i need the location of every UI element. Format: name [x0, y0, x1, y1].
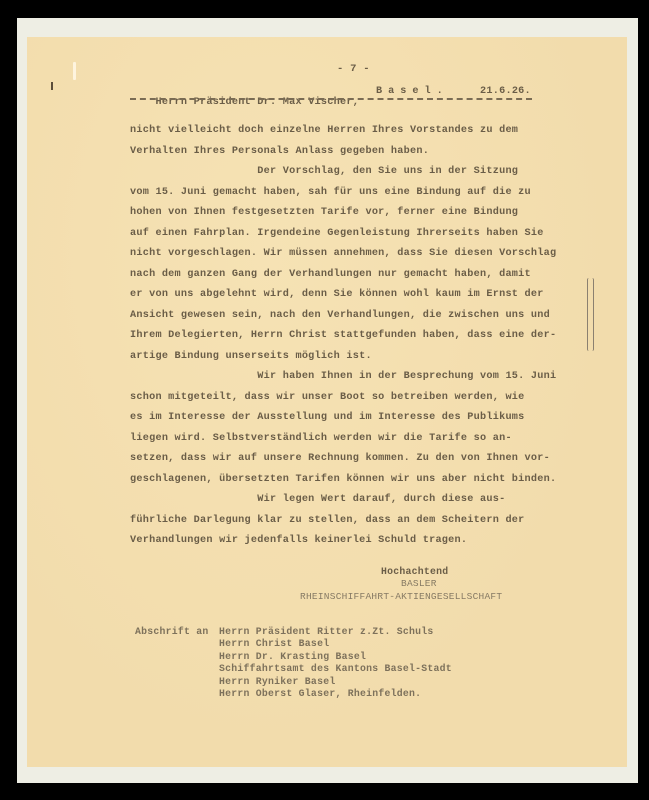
- body-line: Wir legen Wert darauf, durch diese aus-: [130, 494, 505, 505]
- body-line: hohen von Ihnen festgesetzten Tarife vor…: [130, 207, 518, 218]
- body-line: vom 15. Juni gemacht haben, sah für uns …: [130, 187, 531, 198]
- body-line: artige Bindung unserseits möglich ist.: [130, 351, 372, 362]
- pencil-mark: [73, 62, 76, 80]
- body-line: Wir haben Ihnen in der Besprechung vom 1…: [130, 371, 556, 382]
- body-line: führliche Darlegung klar zu stellen, das…: [130, 515, 525, 526]
- body-line: nach dem ganzen Gang der Verhandlungen n…: [130, 269, 531, 280]
- body-line: Ansicht gewesen sein, nach den Verhandlu…: [130, 310, 550, 321]
- ink-mark: [51, 82, 53, 90]
- date: 21.6.26.: [480, 86, 531, 97]
- body-line: Der Vorschlag, den Sie uns in der Sitzun…: [130, 166, 518, 177]
- body-line: nicht vielleicht doch einzelne Herren Ih…: [130, 125, 518, 136]
- copy-recipient: Herrn Oberst Glaser, Rheinfelden.: [219, 688, 421, 699]
- body-line: es im Interesse der Ausstellung und im I…: [130, 412, 525, 423]
- copy-recipient: Herrn Dr. Krasting Basel: [219, 651, 366, 662]
- body-line: auf einen Fahrplan. Irgendeine Gegenleis…: [130, 228, 544, 239]
- letter-header: Herrn Präsident Dr. Max Vischer, Basel. …: [130, 86, 550, 98]
- margin-pencil-bracket: [587, 278, 594, 351]
- city: Basel.: [376, 86, 449, 97]
- body-line: geschlagenen, übersetzten Tarifen können…: [130, 474, 556, 485]
- closing-salutation: Hochachtend: [381, 566, 448, 577]
- copy-recipient: Herrn Präsident Ritter z.Zt. Schuls: [219, 626, 434, 637]
- body-line: liegen wird. Selbstverständlich werden w…: [130, 433, 512, 444]
- body-line: nicht vorgeschlagen. Wir müssen annehmen…: [130, 248, 556, 259]
- company-name-line2: RHEINSCHIFFAHRT-AKTIENGESELLSCHAFT: [300, 591, 502, 602]
- company-name-line1: BASLER: [401, 578, 437, 589]
- page-number: - 7 -: [337, 63, 370, 75]
- body-line: Ihrem Delegierten, Herrn Christ stattgef…: [130, 330, 556, 341]
- copies-label: Abschrift an: [135, 626, 209, 637]
- body-line: er von uns abgelehnt wird, denn Sie könn…: [130, 289, 544, 300]
- typewritten-letter: - 7 - Herrn Präsident Dr. Max Vischer, B…: [0, 0, 649, 800]
- copy-recipient: Schiffahrtsamt des Kantons Basel-Stadt: [219, 663, 452, 674]
- body-line: setzen, dass wir auf unsere Rechnung kom…: [130, 453, 550, 464]
- copy-recipient: Herrn Christ Basel: [219, 638, 329, 649]
- body-line: schon mitgeteilt, dass wir unser Boot so…: [130, 392, 525, 403]
- body-line: Verhalten Ihres Personals Anlass gegeben…: [130, 146, 429, 157]
- copy-recipient: Herrn Ryniker Basel: [219, 676, 335, 687]
- body-line: Verhandlungen wir jedenfalls keinerlei S…: [130, 535, 467, 546]
- header-underline: [130, 98, 532, 100]
